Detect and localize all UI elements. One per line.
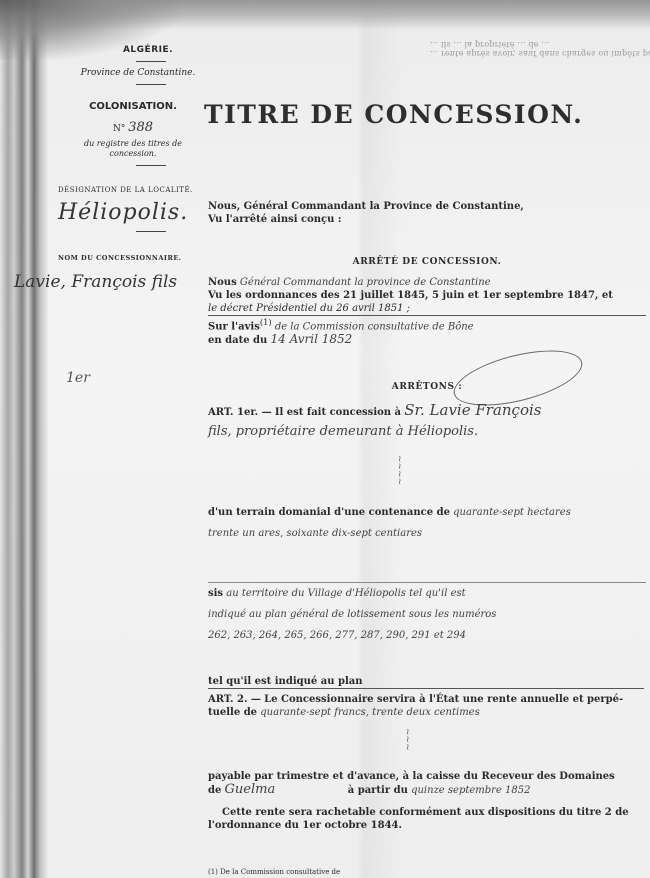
rachat-clause: Cette rente sera rachetable conformément… bbox=[208, 806, 646, 832]
payment-terms: payable par trimestre et d'avance, à la … bbox=[208, 770, 646, 797]
decree-line: le décret Présidentiel du 26 avril 1851 … bbox=[208, 302, 646, 315]
section-label: COLONISATION. bbox=[68, 101, 198, 112]
plan-line: tel qu'il est indiqué au plan bbox=[208, 675, 644, 689]
locality-label: DÉSIGNATION DE LA LOCALITÉ. bbox=[58, 186, 198, 194]
divider bbox=[136, 231, 166, 232]
preamble: Nous, Général Commandant la Province de … bbox=[208, 200, 646, 226]
arrete-body: Nous Général Commandant la province de C… bbox=[208, 276, 646, 347]
handwritten-entry: indiqué au plan général de lotissement s… bbox=[208, 608, 646, 621]
nous-line: Nous Général Commandant la province de C… bbox=[208, 276, 646, 289]
vertical-scribble: ~~~ bbox=[402, 728, 412, 751]
handwritten-entry: trente un ares, soixante dix-sept centia… bbox=[208, 527, 646, 540]
handwritten-town: Guelma bbox=[225, 783, 345, 796]
vu-line: Vu les ordonnances des 21 juillet 1845, … bbox=[208, 289, 646, 302]
handwritten-entry: quarante-sept francs, trente deux centim… bbox=[260, 707, 479, 718]
handwritten-entry: Général Commandant la province de Consta… bbox=[240, 277, 491, 288]
article-1-situated: sis au territoire du Village d'Héliopoli… bbox=[208, 582, 646, 642]
arretons-heading: ARRÊTONS : bbox=[208, 381, 646, 394]
locality-handwritten: Héliopolis. bbox=[58, 200, 198, 225]
concessionaire-handwritten: Lavie, François fils bbox=[14, 272, 198, 292]
divider bbox=[136, 84, 166, 85]
article-1-label: ART. 1er. — bbox=[208, 407, 272, 418]
handwritten-date: quinze septembre 1852 bbox=[411, 785, 530, 796]
handwritten-name: Sr. Lavie François bbox=[404, 401, 541, 419]
handwritten-entry: au territoire du Village d'Héliopolis te… bbox=[226, 588, 465, 599]
margin-mark: 1er bbox=[66, 370, 90, 386]
article-1-terrain: d'un terrain domanial d'une contenance d… bbox=[208, 506, 646, 540]
bleed-through-text: ... rente après avoir, sauf dans charges… bbox=[430, 40, 650, 58]
province-label: Province de Constantine. bbox=[78, 68, 198, 78]
country-label: ALGÉRIE. bbox=[98, 45, 198, 55]
handwritten-lot-numbers: 262, 263, 264, 265, 266, 277, 287, 290, … bbox=[208, 629, 646, 642]
concessionaire-label: NOM DU CONCESSIONNAIRE. bbox=[58, 254, 198, 262]
handwritten-date: 14 Avril 1852 bbox=[271, 332, 353, 346]
document-title: TITRE DE CONCESSION. bbox=[204, 100, 583, 129]
article-2: ART. 2. — Le Concessionnaire servira à l… bbox=[208, 693, 646, 719]
avis-line: Sur l'avis(1) de la Commission consultat… bbox=[208, 315, 646, 333]
register-number-handwritten: 388 bbox=[128, 120, 153, 135]
scanned-document-page: ... rente après avoir, sauf dans charges… bbox=[0, 0, 650, 878]
register-number: N° 388 bbox=[68, 120, 198, 135]
vertical-scribble: ~~~~ bbox=[394, 455, 404, 485]
footnote: (1) De la Commission consultative de bbox=[208, 866, 646, 878]
article-2-label: ART. 2. — bbox=[208, 694, 261, 705]
date-line: en date du 14 Avril 1852 bbox=[208, 333, 646, 347]
divider bbox=[136, 165, 166, 166]
article-1: ART. 1er. — Il est fait concession à Sr.… bbox=[208, 404, 646, 438]
register-note: du registre des titres de concession. bbox=[68, 139, 198, 159]
arrete-heading: ARRÊTÉ DE CONCESSION. bbox=[208, 256, 646, 269]
handwritten-entry: quarante-sept hectares bbox=[453, 507, 571, 518]
divider bbox=[136, 61, 166, 62]
binding-edge bbox=[0, 0, 48, 878]
document-sidebar: ALGÉRIE. Province de Constantine. COLONI… bbox=[58, 45, 198, 292]
handwritten-entry: fils, propriétaire demeurant à Héliopoli… bbox=[208, 425, 646, 438]
handwritten-entry: de la Commission consultative de Bône bbox=[275, 321, 474, 332]
